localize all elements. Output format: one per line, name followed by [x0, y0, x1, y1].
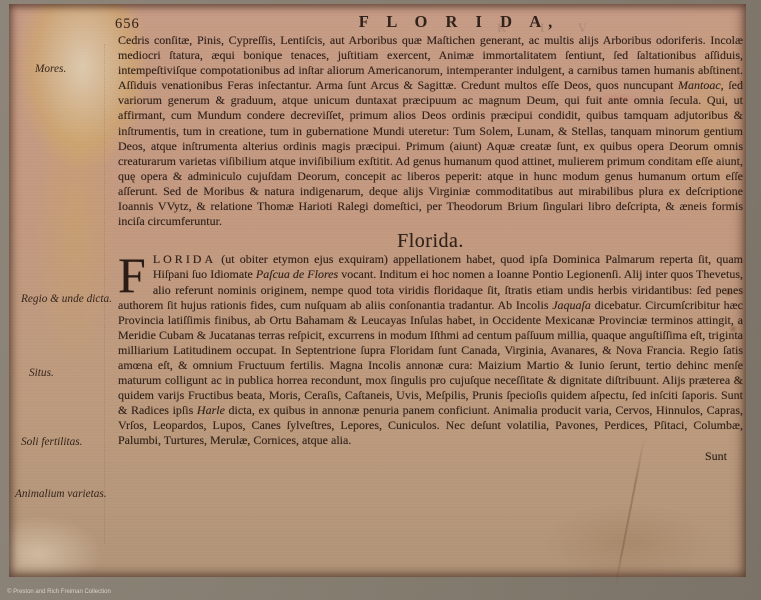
- catchword: Sunt: [118, 449, 743, 464]
- book-page: 656 F L O R I D A, R I V Mores. Regio & …: [9, 4, 746, 577]
- drop-cap-f: F: [118, 252, 153, 295]
- running-title: F L O R I D A,: [159, 12, 759, 32]
- margin-note-regio-unde-dicta: Regio & unde dicta.: [21, 293, 125, 307]
- collection-credit: © Preston and Rich Freiman Collection: [7, 588, 111, 596]
- margin-note-situs: Situs.: [29, 367, 54, 381]
- scan-background: 656 F L O R I D A, R I V Mores. Regio & …: [0, 0, 761, 600]
- body-text-column: Cedris conſitæ, Pinis, Cypreſſis, Lentiſ…: [118, 33, 743, 464]
- paragraph-florida: FLORIDA (ut obiter etymon ejus exquiram)…: [118, 252, 743, 448]
- margin-note-animalium-varietas: Animalium varietas.: [15, 488, 123, 502]
- section-heading-florida: Florida.: [118, 234, 743, 249]
- margin-note-soli-fertilitas: Soli fertilitas.: [21, 436, 131, 450]
- paragraph-mores: Cedris conſitæ, Pinis, Cypreſſis, Lentiſ…: [118, 33, 743, 229]
- paragraph-florida-text: LORIDA (ut obiter etymon ejus exquiram) …: [118, 252, 743, 447]
- margin-note-mores: Mores.: [35, 63, 66, 77]
- page-number: 656: [115, 16, 140, 33]
